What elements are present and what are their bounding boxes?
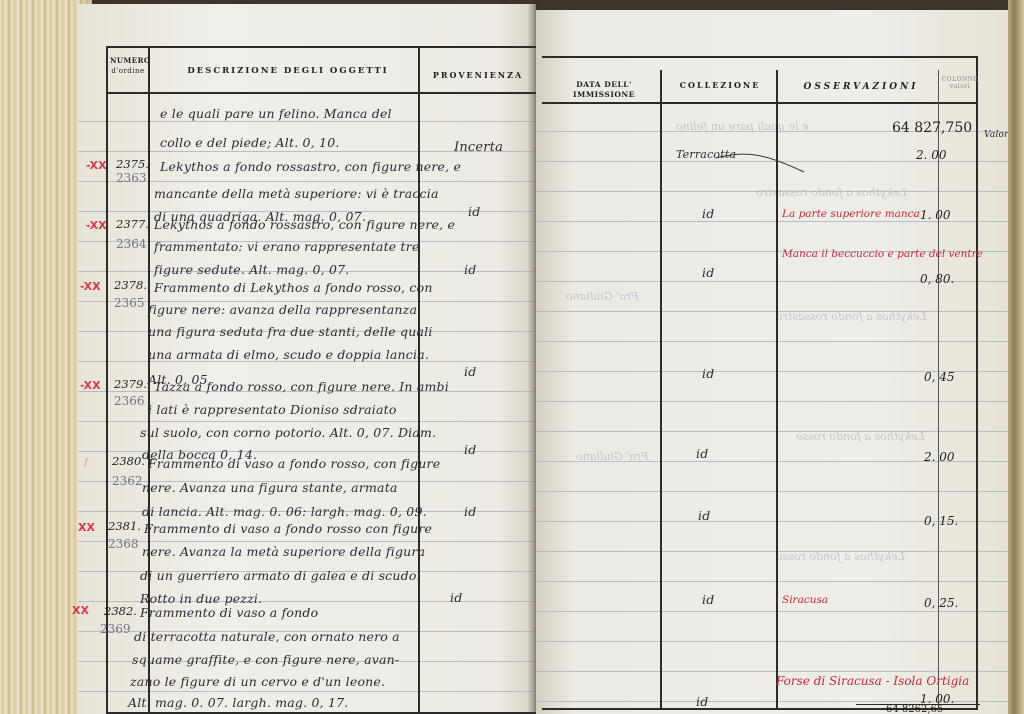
entry-line: Lekythos a fondo rossastro, con figure n… <box>160 159 461 174</box>
provenienza-value: id <box>464 504 476 519</box>
margin-mark: -XX <box>86 219 107 232</box>
provenienza-value: id <box>450 590 462 605</box>
right-page: e le quali pare un felino Lekythos a fon… <box>536 10 1012 714</box>
entry-line: una figura seduta fra due stanti, delle … <box>148 324 433 339</box>
entry-line: Frammento di vaso a fondo <box>140 605 318 620</box>
continuation-line: collo e del piede; Alt. 0, 10. <box>160 135 340 150</box>
osservazione-note: Siracusa <box>782 594 828 606</box>
collezione-value: id <box>702 206 714 221</box>
margin-mark: XX <box>78 521 95 534</box>
entry-line: mancante della metà superiore: vi è trac… <box>154 186 439 201</box>
entry-line: Frammento di Lekythos a fondo rosso, con <box>154 280 433 295</box>
provenienza-header: PROVENIENZA <box>428 70 528 80</box>
left-page: NUMERO d'ordine DESCRIZIONE DEGLI OGGETT… <box>78 4 536 714</box>
entry-number: 2379. <box>114 377 147 391</box>
header-rule <box>542 102 978 104</box>
entry-line: figure nere: avanza della rappresentanza <box>148 302 417 317</box>
entry-number: 2381. <box>108 519 141 533</box>
continuation-line: e le quali pare un felino. Manca del <box>160 106 392 121</box>
margin-mark: -XX <box>80 379 101 392</box>
entry-number: 2382. <box>104 604 137 618</box>
entry-line: di lancia. Alt. mag. 0. 06: largh. mag. … <box>142 504 427 519</box>
entry-line: figure sedute. Alt. mag. 0, 07. <box>154 262 349 277</box>
entry-line: Rotto in due pezzi. <box>140 591 262 606</box>
osservazioni-header: OSSERVAZIONI <box>786 82 936 92</box>
entry-line: Frammento di vaso a fondo rosso, con fig… <box>148 456 440 471</box>
pencil-number: 2366 <box>114 394 145 408</box>
data-immissione-header: DATA DELL' IMMISSIONE <box>550 80 658 100</box>
ledger-scan: NUMERO d'ordine DESCRIZIONE DEGLI OGGETT… <box>0 0 1024 714</box>
entry-number: 2380. <box>112 454 145 468</box>
collezione-value: id <box>696 446 708 461</box>
margin-mark: XX <box>72 604 89 617</box>
entry-number: 2375. <box>116 157 149 171</box>
entry-line: Frammento di vaso a fondo rosso con figu… <box>144 521 432 536</box>
entry-line: frammentato: vi erano rappresentate tre <box>154 239 420 254</box>
entry-line: una armata di elmo, scudo e doppia lanci… <box>148 347 429 362</box>
entry-line: squame graffite, e con figure nere, avan… <box>132 652 399 667</box>
valore: 1. 00 <box>920 208 951 222</box>
book-cover-edge <box>1008 0 1024 714</box>
entry-line: i lati è rappresentato Dioniso sdraiato <box>148 402 397 417</box>
osservazione-note: La parte superiore manca <box>782 208 920 220</box>
osservazione-note: Manca il beccuccio e parte del ventre <box>782 248 983 260</box>
pencil-number: 2362 <box>112 474 143 488</box>
pencil-number: 2365 <box>114 296 145 310</box>
entry-line: di terracotta naturale, con ornato nero … <box>134 629 400 644</box>
collezione-value: id <box>702 592 714 607</box>
numero-header: NUMERO d'ordine <box>110 56 146 76</box>
collezione-header: COLLEZIONE <box>666 80 774 90</box>
flourish-stroke <box>716 150 806 174</box>
extra-column-header: COLONNE valori <box>940 76 980 90</box>
valore: 2. 00 <box>924 450 955 464</box>
margin-mark: -XX <box>86 159 107 172</box>
provenienza-value: Incerta <box>454 140 503 155</box>
entry-line: nere. Avanza una figura stante, armata <box>142 480 398 495</box>
header-rule <box>106 92 536 94</box>
valore: 0, 80. <box>920 272 954 286</box>
pencil-number: 2363 <box>116 171 147 185</box>
entry-number: 2377. <box>116 217 149 231</box>
margin-mark: / <box>84 456 88 469</box>
entry-number: 2378. <box>114 278 147 292</box>
entry-line: zano le figure di un cervo e d'un leone. <box>130 674 385 689</box>
collezione-value: id <box>698 508 710 523</box>
valore: 2. 00 <box>916 148 947 162</box>
pencil-number: 2369 <box>100 622 131 636</box>
pencil-number: 2368 <box>108 537 139 551</box>
collezione-value: id <box>702 265 714 280</box>
valore: 0, 25. <box>924 596 958 610</box>
descrizione-header: DESCRIZIONE DEGLI OGGETTI <box>168 66 408 76</box>
page-total: 64 8262,65 <box>886 704 943 714</box>
provenienza-value: id <box>468 204 480 219</box>
carried-total: 64 827,750 <box>892 120 972 136</box>
pencil-number: 2364 <box>116 237 147 251</box>
collezione-value: id <box>696 694 708 709</box>
entry-line: Lekythos a fondo rossastro, con figure n… <box>154 217 455 232</box>
valore: 0, 45 <box>924 370 955 384</box>
collezione-value: id <box>702 366 714 381</box>
valore: 0, 15. <box>924 514 958 528</box>
entry-line: di un guerriero armato di galea e di scu… <box>140 568 421 583</box>
provenienza-value: id <box>464 364 476 379</box>
margin-mark: -XX <box>80 280 101 293</box>
entry-line: sul suolo, con corno potorio. Alt. 0, 07… <box>140 425 436 440</box>
osservazione-note: Forse di Siracusa - Isola Ortigia <box>776 674 969 688</box>
collezione-column-rule <box>660 70 662 710</box>
entry-line: nere. Avanza la metà superiore della fig… <box>142 544 425 559</box>
entry-line: Tazza a fondo rosso, con figure nere. In… <box>154 379 449 394</box>
provenienza-value: id <box>464 262 476 277</box>
provenienza-value: id <box>464 442 476 457</box>
entry-line: Alt. mag. 0. 07. largh. mag. 0, 17. <box>128 695 348 710</box>
valore-column-rule <box>938 70 939 710</box>
